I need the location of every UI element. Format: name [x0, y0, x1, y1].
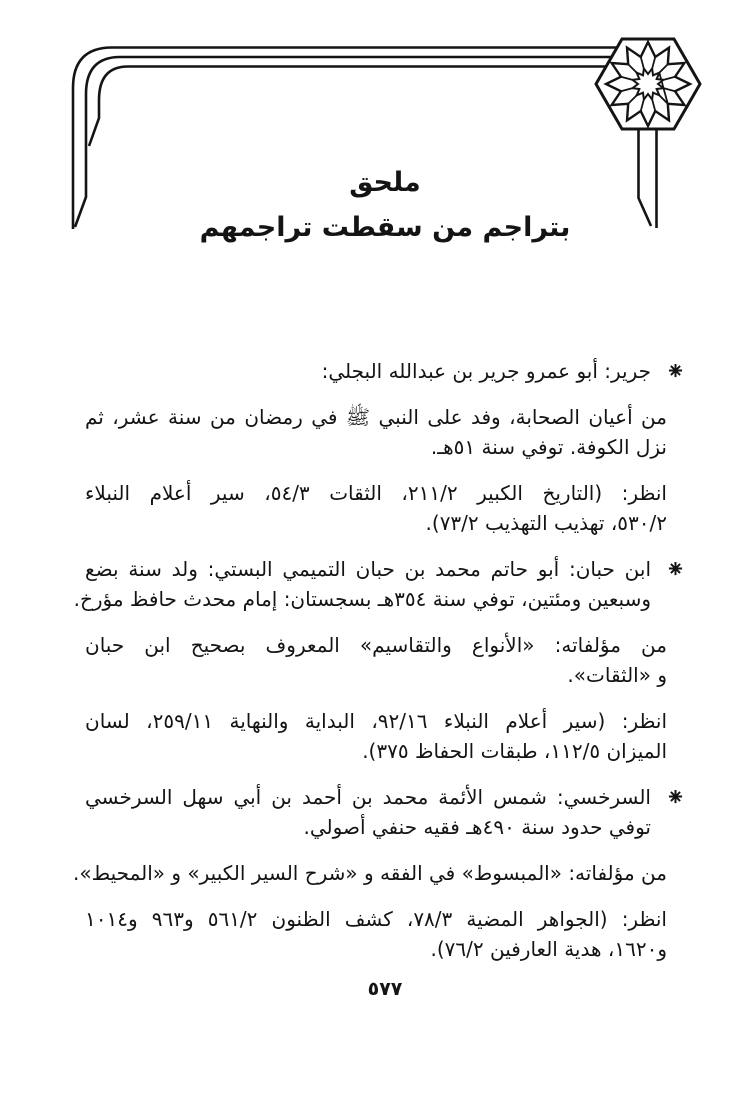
appendix-subtitle: بتراجم من سقطت تراجمهم	[85, 205, 685, 250]
entry-heading-line: السرخسي: شمس الأئمة محمد بن أحمد بن أبي …	[85, 782, 651, 812]
entry-body: من أعيان الصحابة، وفد على النبي ﷺ في رمض…	[85, 402, 667, 462]
asterisk-bullet-icon	[668, 789, 683, 804]
entry-body: من مؤلفاته: «الأنواع والتقاسيم» المعروف …	[85, 630, 667, 690]
reference-line: الميزان ١١٢/٥، طبقات الحفاظ ٣٧٥).	[85, 736, 667, 766]
reference-line: ٥٣٠/٢، تهذيب التهذيب ٧٣/٢).	[85, 508, 667, 538]
entry-heading-line: ابن حبان: أبو حاتم محمد بن حبان التميمي …	[85, 554, 651, 584]
entry-heading: ابن حبان: أبو حاتم محمد بن حبان التميمي …	[85, 554, 651, 614]
entry-heading-line: توفي حدود سنة ٤٩٠هـ فقيه حنفي أصولي.	[85, 812, 651, 842]
entry-body-line: من مؤلفاته: «المبسوط» في الفقه و «شرح ال…	[85, 858, 667, 888]
chapter-title-block: ملحق بتراجم من سقطت تراجمهم	[85, 160, 685, 250]
entry-body: من مؤلفاته: «المبسوط» في الفقه و «شرح ال…	[85, 858, 667, 888]
asterisk-bullet-icon	[668, 561, 683, 576]
appendix-title: ملحق	[85, 160, 685, 205]
book-page: ملحق بتراجم من سقطت تراجمهم جرير: أبو عم…	[0, 0, 755, 1096]
reference-line: انظر: (سير أعلام النبلاء ٩٢/١٦، البداية …	[85, 706, 667, 736]
entry-references: انظر: (الجواهر المضية ٧٨/٣، كشف الظنون ٥…	[85, 904, 667, 964]
page-number: ٥٧٧	[85, 974, 685, 1004]
entry-references: انظر: (سير أعلام النبلاء ٩٢/١٦، البداية …	[85, 706, 667, 766]
entry-body-line: و «الثقات».	[85, 660, 667, 690]
asterisk-bullet-icon	[668, 363, 683, 378]
entry-jarir: جرير: أبو عمرو جرير بن عبدالله البجلي: م…	[85, 356, 685, 538]
entry-ibn-hibban: ابن حبان: أبو حاتم محمد بن حبان التميمي …	[85, 554, 685, 766]
reference-line: و١٦٢٠، هدية العارفين ٧٦/٢).	[85, 934, 667, 964]
entry-heading: السرخسي: شمس الأئمة محمد بن أحمد بن أبي …	[85, 782, 651, 842]
entry-heading-line: جرير: أبو عمرو جرير بن عبدالله البجلي:	[85, 356, 651, 386]
entry-sarakhsi: السرخسي: شمس الأئمة محمد بن أحمد بن أبي …	[85, 782, 685, 964]
islamic-star-medallion-icon	[596, 39, 700, 129]
entry-body-line: من أعيان الصحابة، وفد على النبي ﷺ في رمض…	[85, 402, 667, 432]
entry-body-line: من مؤلفاته: «الأنواع والتقاسيم» المعروف …	[85, 630, 667, 660]
entry-body-line: نزل الكوفة. توفي سنة ٥١هـ.	[85, 432, 667, 462]
entries-list: جرير: أبو عمرو جرير بن عبدالله البجلي: م…	[85, 356, 685, 964]
reference-line: انظر: (التاريخ الكبير ٢١١/٢، الثقات ٥٤/٣…	[85, 478, 667, 508]
entry-heading: جرير: أبو عمرو جرير بن عبدالله البجلي:	[85, 356, 651, 386]
reference-line: انظر: (الجواهر المضية ٧٨/٣، كشف الظنون ٥…	[85, 904, 667, 934]
entry-heading-line: وسبعين ومئتين، توفي سنة ٣٥٤هـ بسجستان: إ…	[85, 584, 651, 614]
entry-references: انظر: (التاريخ الكبير ٢١١/٢، الثقات ٥٤/٣…	[85, 478, 667, 538]
